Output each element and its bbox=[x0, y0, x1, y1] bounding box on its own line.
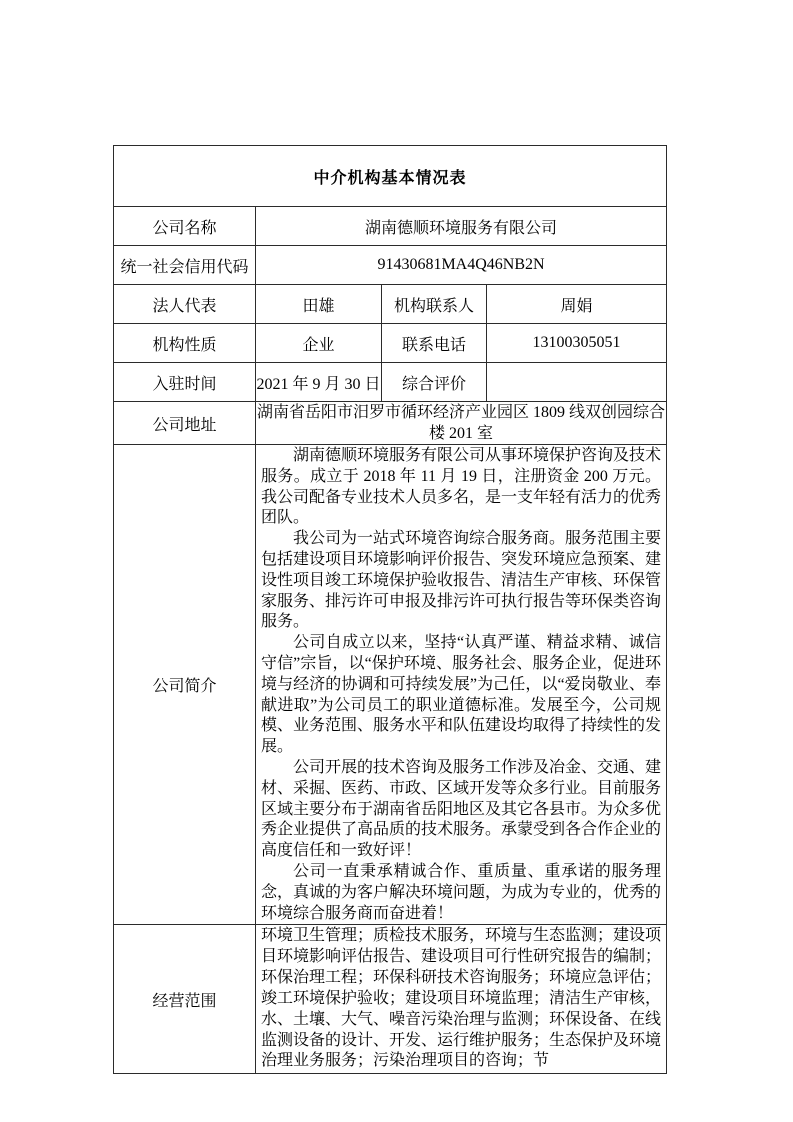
profile-paragraph: 公司一直秉承精诚合作、重质量、重承诺的服务理念，真诚的为客户解决环境问题，为成为… bbox=[261, 862, 661, 923]
label-credit-code: 统一社会信用代码 bbox=[114, 246, 256, 285]
value-business-scope: 环境卫生管理；质检技术服务，环境与生态监测；建设项目环境影响评估报告、建设项目可… bbox=[256, 925, 667, 1074]
profile-paragraph: 公司自成立以来，坚持“认真严谨、精益求精、诚信守信”宗旨，以“保护环境、服务社会… bbox=[261, 633, 661, 758]
page-title: 中介机构基本情况表 bbox=[114, 146, 667, 207]
value-legal-representative: 田雄 bbox=[256, 285, 382, 324]
label-contact-phone: 联系电话 bbox=[382, 324, 487, 363]
row-company-address: 公司地址 湖南省岳阳市汨罗市循环经济产业园区 1809 线双创园综合楼 201 … bbox=[114, 402, 667, 445]
value-overall-rating bbox=[487, 363, 667, 402]
row-company-name: 公司名称 湖南德顺环境服务有限公司 bbox=[114, 207, 667, 246]
label-company-name: 公司名称 bbox=[114, 207, 256, 246]
agency-info-table: 中介机构基本情况表 公司名称 湖南德顺环境服务有限公司 统一社会信用代码 914… bbox=[113, 145, 667, 1074]
label-agency-nature: 机构性质 bbox=[114, 324, 256, 363]
label-business-scope: 经营范围 bbox=[114, 925, 256, 1074]
value-agency-contact: 周娟 bbox=[487, 285, 667, 324]
title-row: 中介机构基本情况表 bbox=[114, 146, 667, 207]
profile-paragraph: 公司开展的技术咨询及服务工作涉及冶金、交通、建材、采掘、医药、市政、区域开发等众… bbox=[261, 758, 661, 862]
label-legal-representative: 法人代表 bbox=[114, 285, 256, 324]
label-company-address: 公司地址 bbox=[114, 402, 256, 445]
business-scope-text: 环境卫生管理；质检技术服务，环境与生态监测；建设项目环境影响评估报告、建设项目可… bbox=[261, 926, 661, 1072]
value-company-profile: 湖南德顺环境服务有限公司从事环境保护咨询及技术服务。成立于 2018 年 11 … bbox=[256, 445, 667, 925]
profile-paragraph: 我公司为一站式环境咨询综合服务商。服务范围主要包括建设项目环境影响评价报告、突发… bbox=[261, 529, 661, 633]
row-legal-representative: 法人代表 田雄 机构联系人 周娟 bbox=[114, 285, 667, 324]
value-agency-nature: 企业 bbox=[256, 324, 382, 363]
value-company-name: 湖南德顺环境服务有限公司 bbox=[256, 207, 667, 246]
label-settled-time: 入驻时间 bbox=[114, 363, 256, 402]
label-agency-contact: 机构联系人 bbox=[382, 285, 487, 324]
value-settled-time: 2021 年 9 月 30 日 bbox=[256, 363, 382, 402]
company-profile-text: 湖南德顺环境服务有限公司从事环境保护咨询及技术服务。成立于 2018 年 11 … bbox=[261, 446, 661, 923]
value-company-address: 湖南省岳阳市汨罗市循环经济产业园区 1809 线双创园综合楼 201 室 bbox=[256, 402, 667, 445]
row-credit-code: 统一社会信用代码 91430681MA4Q46NB2N bbox=[114, 246, 667, 285]
value-credit-code: 91430681MA4Q46NB2N bbox=[256, 246, 667, 285]
row-business-scope: 经营范围 环境卫生管理；质检技术服务，环境与生态监测；建设项目环境影响评估报告、… bbox=[114, 925, 667, 1074]
row-settled-time: 入驻时间 2021 年 9 月 30 日 综合评价 bbox=[114, 363, 667, 402]
label-overall-rating: 综合评价 bbox=[382, 363, 487, 402]
label-company-profile: 公司简介 bbox=[114, 445, 256, 925]
document-page: 中介机构基本情况表 公司名称 湖南德顺环境服务有限公司 统一社会信用代码 914… bbox=[0, 0, 793, 1122]
row-agency-nature: 机构性质 企业 联系电话 13100305051 bbox=[114, 324, 667, 363]
profile-paragraph: 湖南德顺环境服务有限公司从事环境保护咨询及技术服务。成立于 2018 年 11 … bbox=[261, 446, 661, 529]
value-contact-phone: 13100305051 bbox=[487, 324, 667, 363]
row-company-profile: 公司简介 湖南德顺环境服务有限公司从事环境保护咨询及技术服务。成立于 2018 … bbox=[114, 445, 667, 925]
